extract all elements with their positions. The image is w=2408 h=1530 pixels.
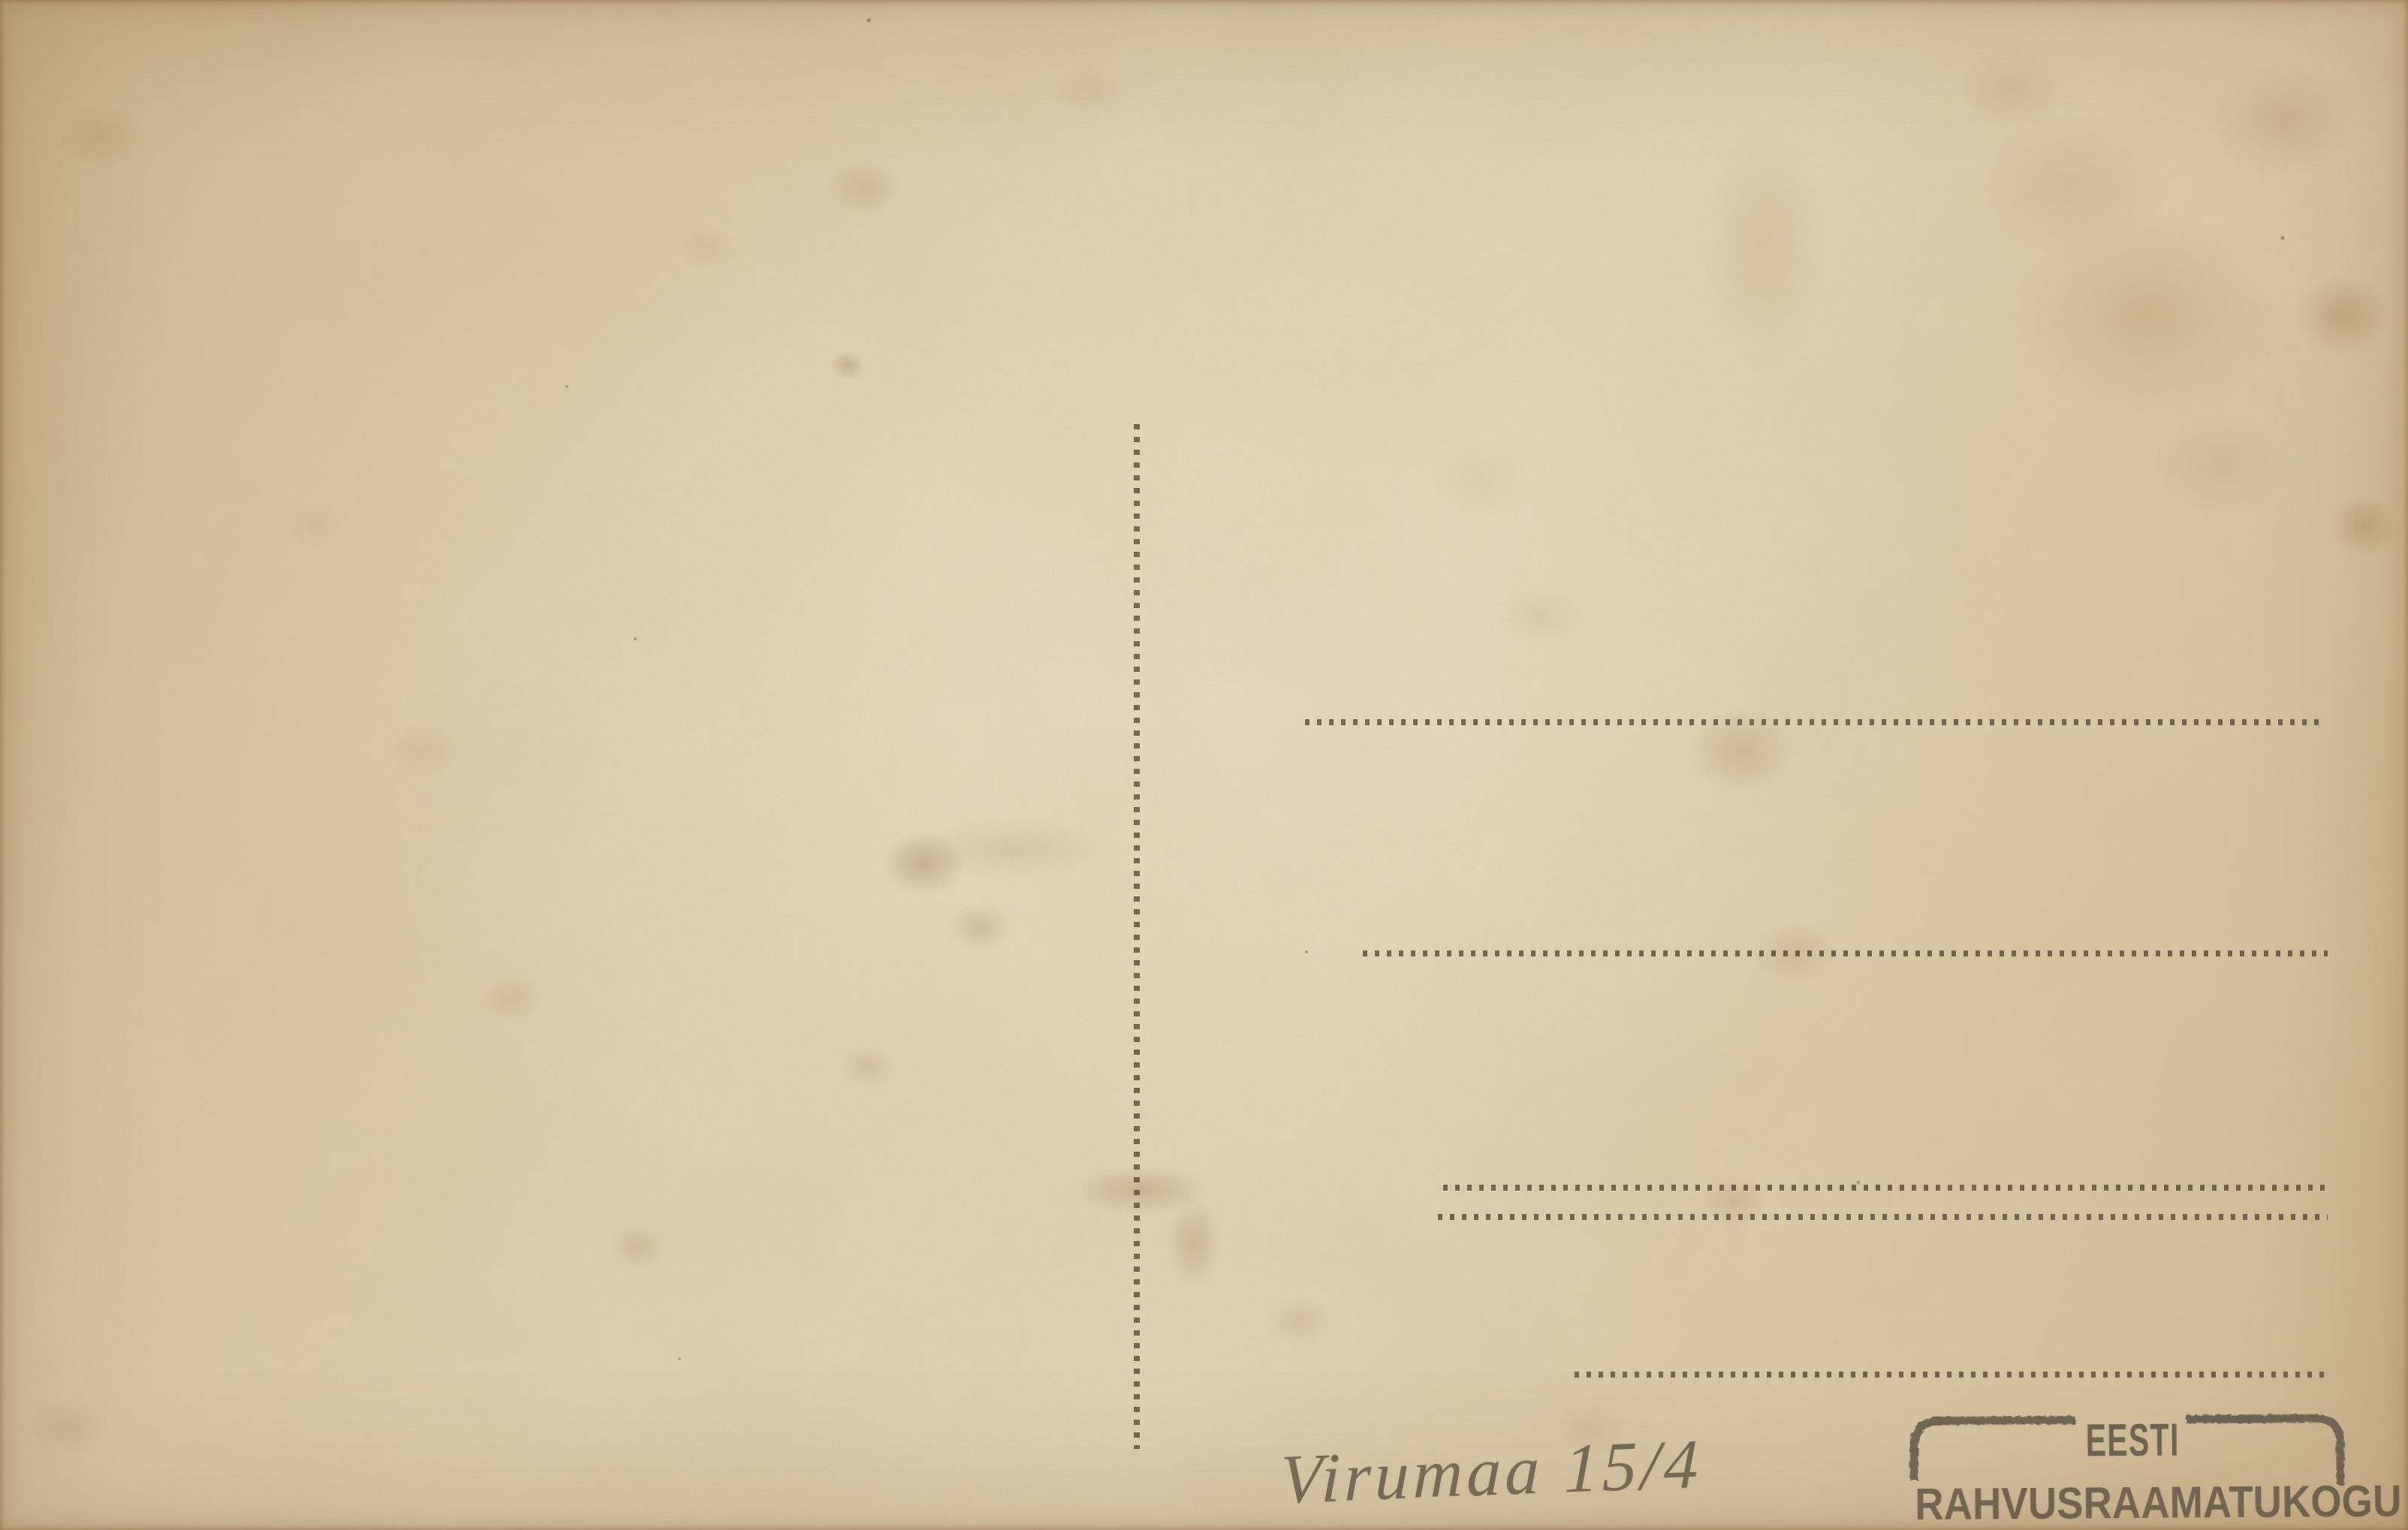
library-stamp: EESTI RAHVUSRAAMATUKOGU	[1906, 1408, 2358, 1525]
stamp-text-rahvusraamatukogu: RAHVUSRAAMATUKOGU	[1915, 1479, 2401, 1528]
paper-vignette	[0, 0, 2408, 1530]
paper-stains	[0, 0, 2408, 1530]
address-dotted-line-2	[1363, 950, 2328, 956]
handwritten-note: Virumaa 15/4	[1280, 1421, 1762, 1519]
stamp-left-bracket	[1914, 1420, 2076, 1480]
address-dotted-line-3	[1443, 1185, 2329, 1191]
paper-grain	[0, 0, 2408, 1530]
paper-specks	[0, 0, 2408, 1530]
address-dotted-line-5	[1575, 1372, 2330, 1378]
address-dotted-line-4	[1438, 1214, 2328, 1220]
stamp-text-eesti: EESTI	[2086, 1417, 2180, 1465]
postcard-back: Virumaa 15/4 EESTI RAHVUSRAAMATUKOGU	[0, 0, 2408, 1530]
divider-dotted-line	[1134, 424, 1140, 1449]
address-dotted-line-1	[1305, 719, 2326, 725]
